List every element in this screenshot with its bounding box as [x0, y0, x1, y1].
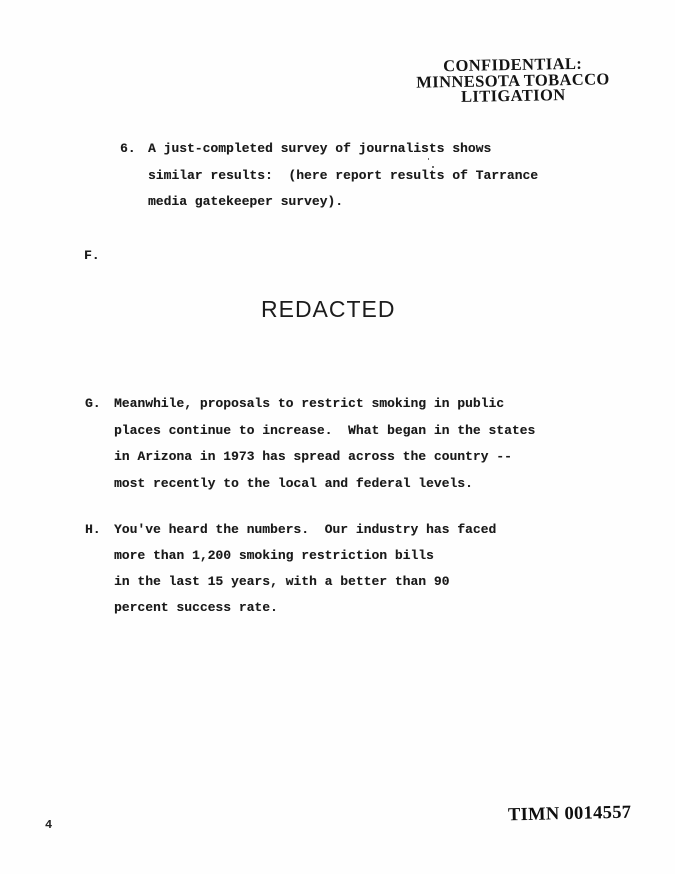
confidentiality-stamp: CONFIDENTIAL: MINNESOTA TOBACCO LITIGATI…: [372, 55, 655, 106]
item-g-label: G.: [85, 391, 114, 418]
text-line: most recently to the local and federal l…: [114, 471, 535, 498]
text-line: in the last 15 years, with a better than…: [114, 569, 496, 595]
list-item-6: 6. A just-completed survey of journalist…: [120, 136, 538, 216]
scan-speck: [428, 158, 429, 160]
item-h-text: You've heard the numbers. Our industry h…: [114, 517, 496, 621]
text-line: Meanwhile, proposals to restrict smoking…: [114, 391, 535, 418]
list-item-g: G. Meanwhile, proposals to restrict smok…: [85, 391, 535, 497]
text-line: media gatekeeper survey).: [148, 189, 538, 216]
text-line: percent success rate.: [114, 595, 496, 621]
item-6-label: 6.: [120, 136, 148, 163]
item-6-text: A just-completed survey of journalists s…: [148, 136, 538, 216]
item-g-text: Meanwhile, proposals to restrict smoking…: [114, 391, 535, 497]
scanned-document-page: CONFIDENTIAL: MINNESOTA TOBACCO LITIGATI…: [0, 0, 675, 874]
text-line: more than 1,200 smoking restriction bill…: [114, 543, 496, 569]
scan-speck: [432, 166, 434, 168]
text-line: places continue to increase. What began …: [114, 418, 535, 445]
list-item-f: F.: [84, 243, 100, 270]
item-h-label: H.: [85, 517, 114, 544]
item-f-label: F.: [84, 243, 100, 270]
bates-number: TIMN 0014557: [508, 803, 632, 827]
page-number: 4: [45, 818, 52, 832]
litigation-label: MINNESOTA TOBACCO LITIGATION: [372, 71, 654, 106]
text-line: in Arizona in 1973 has spread across the…: [114, 444, 535, 471]
text-line: similar results: (here report results of…: [148, 163, 538, 190]
redacted-stamp: REDACTED: [261, 296, 396, 323]
text-line: A just-completed survey of journalists s…: [148, 136, 538, 163]
text-line: You've heard the numbers. Our industry h…: [114, 517, 496, 543]
list-item-h: H. You've heard the numbers. Our industr…: [85, 517, 496, 621]
